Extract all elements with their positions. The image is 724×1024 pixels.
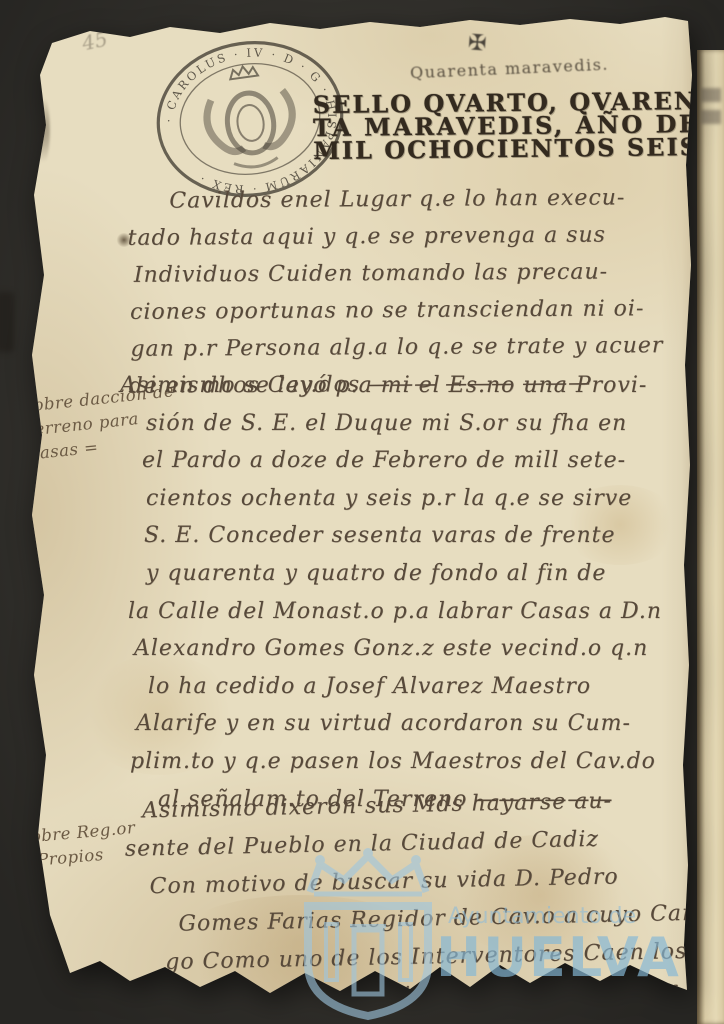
handwritten-line: lo ha cedido a Josef Alvarez Maestro bbox=[148, 668, 662, 706]
handwritten-line: sión de S. E. el Duque mi S.or su fha en bbox=[146, 405, 662, 443]
pencil-annotation: 45 bbox=[80, 27, 110, 56]
handwritten-line: propios y estar.o y siendo preciso nombr… bbox=[160, 971, 704, 1020]
handwritten-line: gan p.r Persona alg.a lo q.e se trate y … bbox=[130, 327, 663, 368]
tax-stamp-line: Quarenta maravedis. bbox=[410, 55, 610, 83]
handwritten-line: Cavildos enel Lugar q.e lo han execu- bbox=[169, 179, 662, 219]
handwritten-line: Alexandro Gomes Gonz.z este vecind.o q.n bbox=[134, 630, 662, 668]
manuscript-page-wrap: 45 · CAROLUS · IV · D · G · HISPANIARU bbox=[0, 0, 724, 1024]
heading-line: MIL OCHOCIENTOS SEIS. bbox=[313, 135, 713, 162]
printed-seal-heading: SELLO QVARTO, QVAREN- TA MARAVEDIS, AÑO … bbox=[313, 89, 714, 162]
handwritten-line: cientos ochenta y seis p.r la q.e se sir… bbox=[146, 480, 662, 518]
cross-ornament-icon: ✠ bbox=[467, 30, 487, 56]
handwritten-line: la Calle del Monast.o p.a labrar Casas a… bbox=[128, 593, 662, 631]
handwritten-paragraph-2: Asimismo se leyó p.a mi el Es.no una Pro… bbox=[120, 367, 662, 818]
handwritten-line: Alarife y en su virtud acordaron su Cum- bbox=[136, 705, 662, 743]
handwritten-line: el Pardo a doze de Febrero de mill sete- bbox=[142, 442, 662, 480]
edge-ink-bleed bbox=[24, 85, 50, 175]
handwritten-line: tado hasta aqui y q.e se prevenga a sus bbox=[127, 216, 662, 257]
handwritten-line: y quarenta y quatro de fondo al fin de bbox=[146, 555, 662, 593]
handwritten-line: Asimismo se leyó p.a mi el Es.no una Pro… bbox=[120, 367, 662, 405]
handwritten-line: ciones oportunas no se transciendan ni o… bbox=[130, 290, 663, 331]
handwritten-line: S. E. Conceder sesenta varas de frente bbox=[144, 517, 662, 555]
manuscript-page: 45 · CAROLUS · IV · D · G · HISPANIARU bbox=[20, 15, 702, 1015]
handwritten-line: plim.to y q.e pasen los Maestros del Cav… bbox=[130, 743, 662, 781]
handwritten-paragraph-3: Asimismo dixeron sus Mds hayarse au- sen… bbox=[98, 781, 704, 1022]
handwritten-line: Individuos Cuiden tomando las precau- bbox=[134, 253, 663, 294]
